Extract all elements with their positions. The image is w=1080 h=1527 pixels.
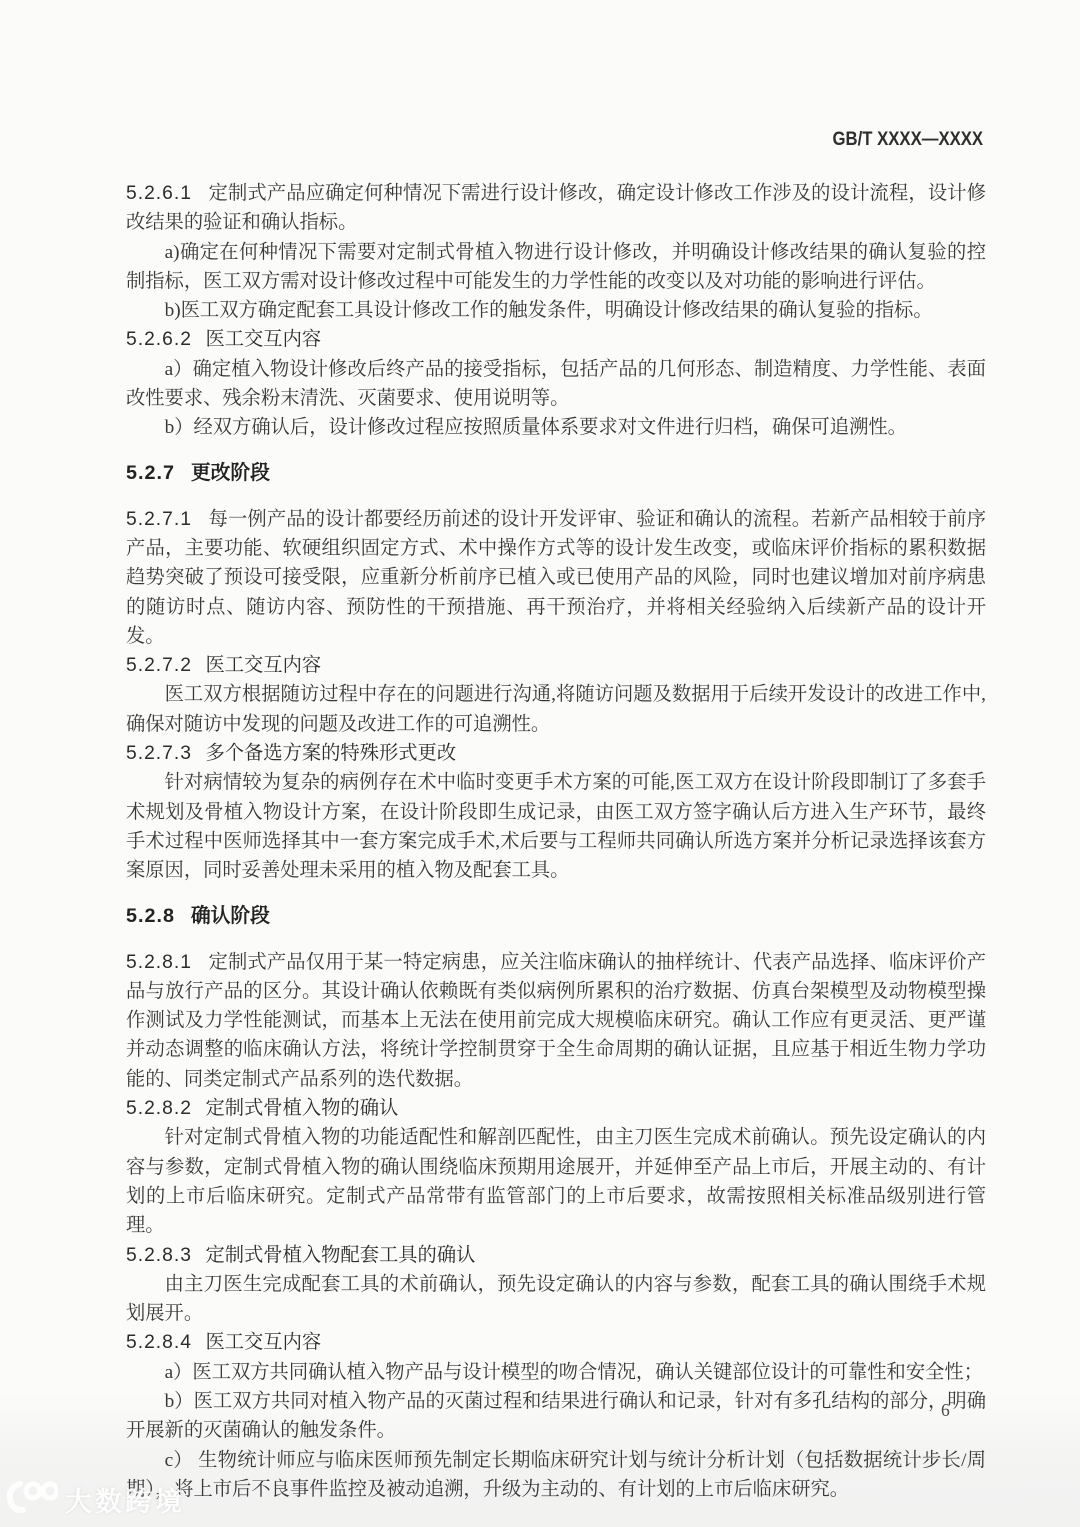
paragraph-text: 针对定制式骨植入物的功能适配性和解剖匹配性，由主刀医生完成术前确认。预先设定确认… xyxy=(126,1127,986,1236)
subclause-heading: 5.2.8.3定制式骨植入物配套工具的确认 xyxy=(126,1241,986,1270)
clause-number: 5.2.8 xyxy=(126,905,175,927)
section-heading: 5.2.8确认阶段 xyxy=(126,901,986,931)
section-heading: 5.2.7更改阶段 xyxy=(126,458,986,488)
clause-number: 5.2.8.1 xyxy=(126,952,192,973)
paragraph-text: 定制式产品应确定何种情况下需进行设计修改，确定设计修改工作涉及的设计流程，设计修… xyxy=(126,183,986,233)
clause-title: 确认阶段 xyxy=(191,905,270,927)
paragraph-text: c） 生物统计师应与临床医师预先制定长期临床研究计划与统计分析计划（包括数据统计… xyxy=(126,1450,986,1500)
paragraph-text: a）医工双方共同确认植入物产品与设计模型的吻合情况，确认关键部位设计的可靠性和安… xyxy=(165,1362,983,1383)
paragraph: b）医工双方共同对植入物产品的灭菌过程和结果进行确认和记录，针对有多孔结构的部分… xyxy=(126,1387,986,1446)
page-number: 6 xyxy=(941,1400,950,1421)
glasses-100-logo-icon xyxy=(6,1478,58,1521)
subclause-heading: 5.2.7.3多个备选方案的特殊形式更改 xyxy=(126,739,986,768)
clause-number: 5.2.7.1 xyxy=(126,509,192,530)
subclause-heading: 5.2.8.2定制式骨植入物的确认 xyxy=(126,1094,986,1123)
paragraph: a)确定在何种情况下需要对定制式骨植入物进行设计修改，并明确设计修改结果的确认复… xyxy=(126,238,986,297)
clause-paragraph: 5.2.8.1定制式产品仅用于某一特定病患，应关注临床确认的抽样统计、代表产品选… xyxy=(126,948,986,1094)
paragraph: 医工双方根据随访过程中存在的问题进行沟通,将随访问题及数据用于后续开发设计的改进… xyxy=(126,680,986,739)
paragraph-text: b）经双方确认后，设计修改过程应按照质量体系要求对文件进行归档，确保可追溯性。 xyxy=(165,417,907,438)
clause-paragraph: 5.2.6.1定制式产品应确定何种情况下需进行设计修改，确定设计修改工作涉及的设… xyxy=(126,179,986,238)
document-body: 5.2.6.1定制式产品应确定何种情况下需进行设计修改，确定设计修改工作涉及的设… xyxy=(126,179,986,1504)
paragraph-text: 每一例产品的设计都要经历前述的设计开发评审、验证和确认的流程。若新产品相较于前序… xyxy=(126,509,986,647)
clause-title: 定制式骨植入物的确认 xyxy=(205,1098,398,1119)
clause-number: 5.2.7.3 xyxy=(126,743,192,764)
paragraph-text: b)医工双方确定配套工具设计修改工作的触发条件，明确设计修改结果的确认复验的指标… xyxy=(165,300,933,321)
clause-number: 5.2.6.1 xyxy=(126,183,192,204)
paragraph: 针对病情较为复杂的病例存在术中临时变更手术方案的可能,医工双方在设计阶段即制订了… xyxy=(126,768,986,885)
clause-title: 医工交互内容 xyxy=(205,329,321,350)
clause-number: 5.2.8.3 xyxy=(126,1245,192,1266)
clause-title: 更改阶段 xyxy=(191,462,270,484)
paragraph-text: a)确定在何种情况下需要对定制式骨植入物进行设计修改，并明确设计修改结果的确认复… xyxy=(126,242,986,292)
standard-document-page: GB/T XXXX—XXXX 5.2.6.1定制式产品应确定何种情况下需进行设计… xyxy=(0,0,1080,1527)
paragraph: 由主刀医生完成配套工具的术前确认，预先设定确认的内容与参数，配套工具的确认围绕手… xyxy=(126,1270,986,1329)
clause-number: 5.2.7 xyxy=(126,462,175,484)
subclause-heading: 5.2.7.2医工交互内容 xyxy=(126,651,986,680)
paragraph: a）确定植入物设计修改后终产品的接受指标，包括产品的几何形态、制造精度、力学性能… xyxy=(126,355,986,414)
standard-number-header: GB/T XXXX—XXXX xyxy=(832,129,983,151)
paragraph: 针对定制式骨植入物的功能适配性和解剖匹配性，由主刀医生完成术前确认。预先设定确认… xyxy=(126,1123,986,1240)
paragraph-text: 由主刀医生完成配套工具的术前确认，预先设定确认的内容与参数，配套工具的确认围绕手… xyxy=(126,1274,986,1324)
clause-paragraph: 5.2.7.1每一例产品的设计都要经历前述的设计开发评审、验证和确认的流程。若新… xyxy=(126,505,986,651)
paragraph-text: 针对病情较为复杂的病例存在术中临时变更手术方案的可能,医工双方在设计阶段即制订了… xyxy=(126,772,986,881)
clause-title: 医工交互内容 xyxy=(205,655,321,676)
paragraph: c） 生物统计师应与临床医师预先制定长期临床研究计划与统计分析计划（包括数据统计… xyxy=(126,1446,986,1505)
clause-number: 5.2.6.2 xyxy=(126,329,192,350)
clause-number: 5.2.8.4 xyxy=(126,1332,192,1353)
subclause-heading: 5.2.8.4医工交互内容 xyxy=(126,1328,986,1357)
clause-number: 5.2.7.2 xyxy=(126,655,192,676)
paragraph: a）医工双方共同确认植入物产品与设计模型的吻合情况，确认关键部位设计的可靠性和安… xyxy=(126,1358,986,1387)
paragraph-text: 医工双方根据随访过程中存在的问题进行沟通,将随访问题及数据用于后续开发设计的改进… xyxy=(126,684,986,734)
subclause-heading: 5.2.6.2医工交互内容 xyxy=(126,325,986,354)
paragraph-text: a）确定植入物设计修改后终产品的接受指标，包括产品的几何形态、制造精度、力学性能… xyxy=(126,359,986,409)
paragraph: b)医工双方确定配套工具设计修改工作的触发条件，明确设计修改结果的确认复验的指标… xyxy=(126,296,986,325)
paragraph: b）经双方确认后，设计修改过程应按照质量体系要求对文件进行归档，确保可追溯性。 xyxy=(126,413,986,442)
clause-title: 定制式骨植入物配套工具的确认 xyxy=(205,1245,475,1266)
paragraph-text: b）医工双方共同对植入物产品的灭菌过程和结果进行确认和记录，针对有多孔结构的部分… xyxy=(126,1391,986,1441)
paragraph-text: 定制式产品仅用于某一特定病患，应关注临床确认的抽样统计、代表产品选择、临床评价产… xyxy=(126,952,986,1090)
clause-number: 5.2.8.2 xyxy=(126,1098,192,1119)
clause-title: 多个备选方案的特殊形式更改 xyxy=(205,743,456,764)
clause-title: 医工交互内容 xyxy=(205,1332,321,1353)
